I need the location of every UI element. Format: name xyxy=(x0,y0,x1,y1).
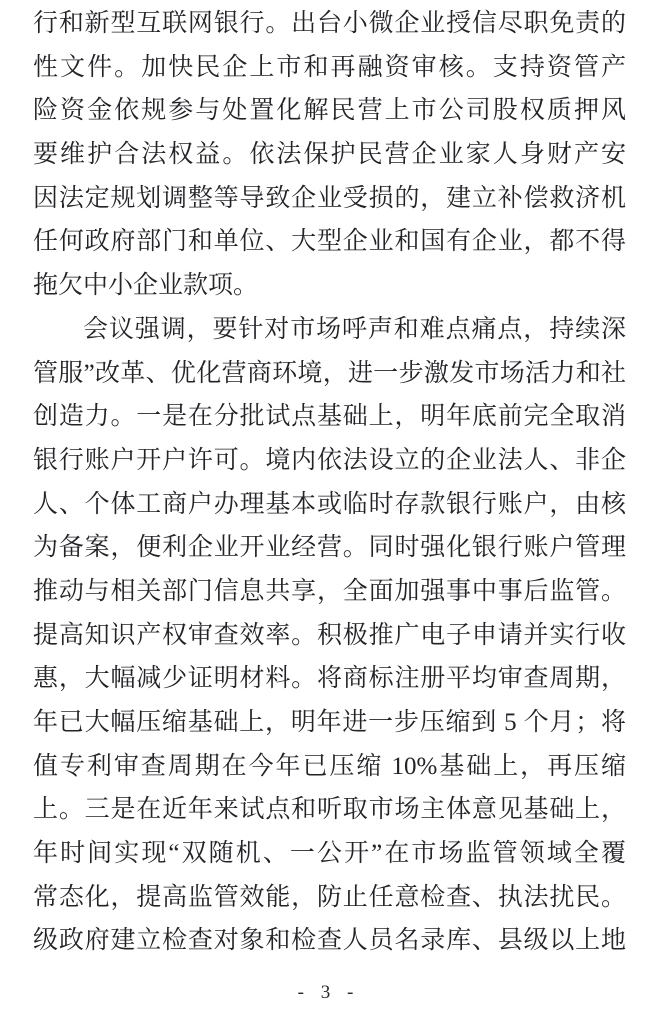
text-line: 会议强调，要针对市场呼声和难点痛点，持续深化“放 xyxy=(33,308,626,352)
text-line: 行和新型互联网银行。出台小微企业授信尽职免责的指导 xyxy=(33,2,626,46)
text-line: 因法定规划调整等导致企业受损的，建立补偿救济机制。 xyxy=(33,177,626,221)
text-line: 上。三是在近年来试点和听取市场主体意见基础上，用 2 xyxy=(33,788,626,832)
text-line: 常态化，提高监管效能，防止任意检查、执法扰民。由省 xyxy=(33,876,626,920)
text-line: 惠，大幅减少证明材料。将商标注册平均审查周期，在今 xyxy=(33,657,626,701)
text-line: 拖欠中小企业款项。 xyxy=(33,264,626,308)
text-line: 银行账户开户许可。境内依法设立的企业法人、非企业法 xyxy=(33,439,626,483)
text-line: 级政府建立检查对象和检查人员名录库、县级以上地方政 xyxy=(33,919,626,963)
text-line: 值专利审查周期在今年已压缩 10%基础上，再压缩 15%以 xyxy=(33,745,626,789)
page-number: - 3 - xyxy=(0,981,657,1005)
document-page: 行和新型互联网银行。出台小微企业授信尽职免责的指导性文件。加快民企上市和再融资审… xyxy=(0,0,657,1011)
text-line: 险资金依规参与处置化解民营上市公司股权质押风险。三 xyxy=(33,89,626,133)
text-line: 性文件。加快民企上市和再融资审核。支持资管产品、保 xyxy=(33,46,626,90)
text-line: 人、个体工商户办理基本或临时存款银行账户，由核准改 xyxy=(33,483,626,527)
text-line: 创造力。一是在分批试点基础上，明年底前完全取消企业 xyxy=(33,395,626,439)
text-line: 管服”改革、优化营商环境，进一步激发市场活力和社会 xyxy=(33,352,626,396)
text-line: 要维护合法权益。依法保护民营企业家人身财产安全。对 xyxy=(33,133,626,177)
text-line: 为备案，便利企业开业经营。同时强化银行账户管理职责， xyxy=(33,526,626,570)
text-line: 年已大幅压缩基础上，明年进一步压缩到 5 个月；将高价 xyxy=(33,701,626,745)
document-text: 行和新型互联网银行。出台小微企业授信尽职免责的指导性文件。加快民企上市和再融资审… xyxy=(33,2,626,963)
text-line: 任何政府部门和单位、大型企业和国有企业，都不得违约 xyxy=(33,220,626,264)
text-line: 提高知识产权审查效率。积极推广电子申请并实行收费优 xyxy=(33,614,626,658)
text-line: 年时间实现“双随机、一公开”在市场监管领域全覆盖、 xyxy=(33,832,626,876)
text-line: 推动与相关部门信息共享，全面加强事中事后监管。二是 xyxy=(33,570,626,614)
